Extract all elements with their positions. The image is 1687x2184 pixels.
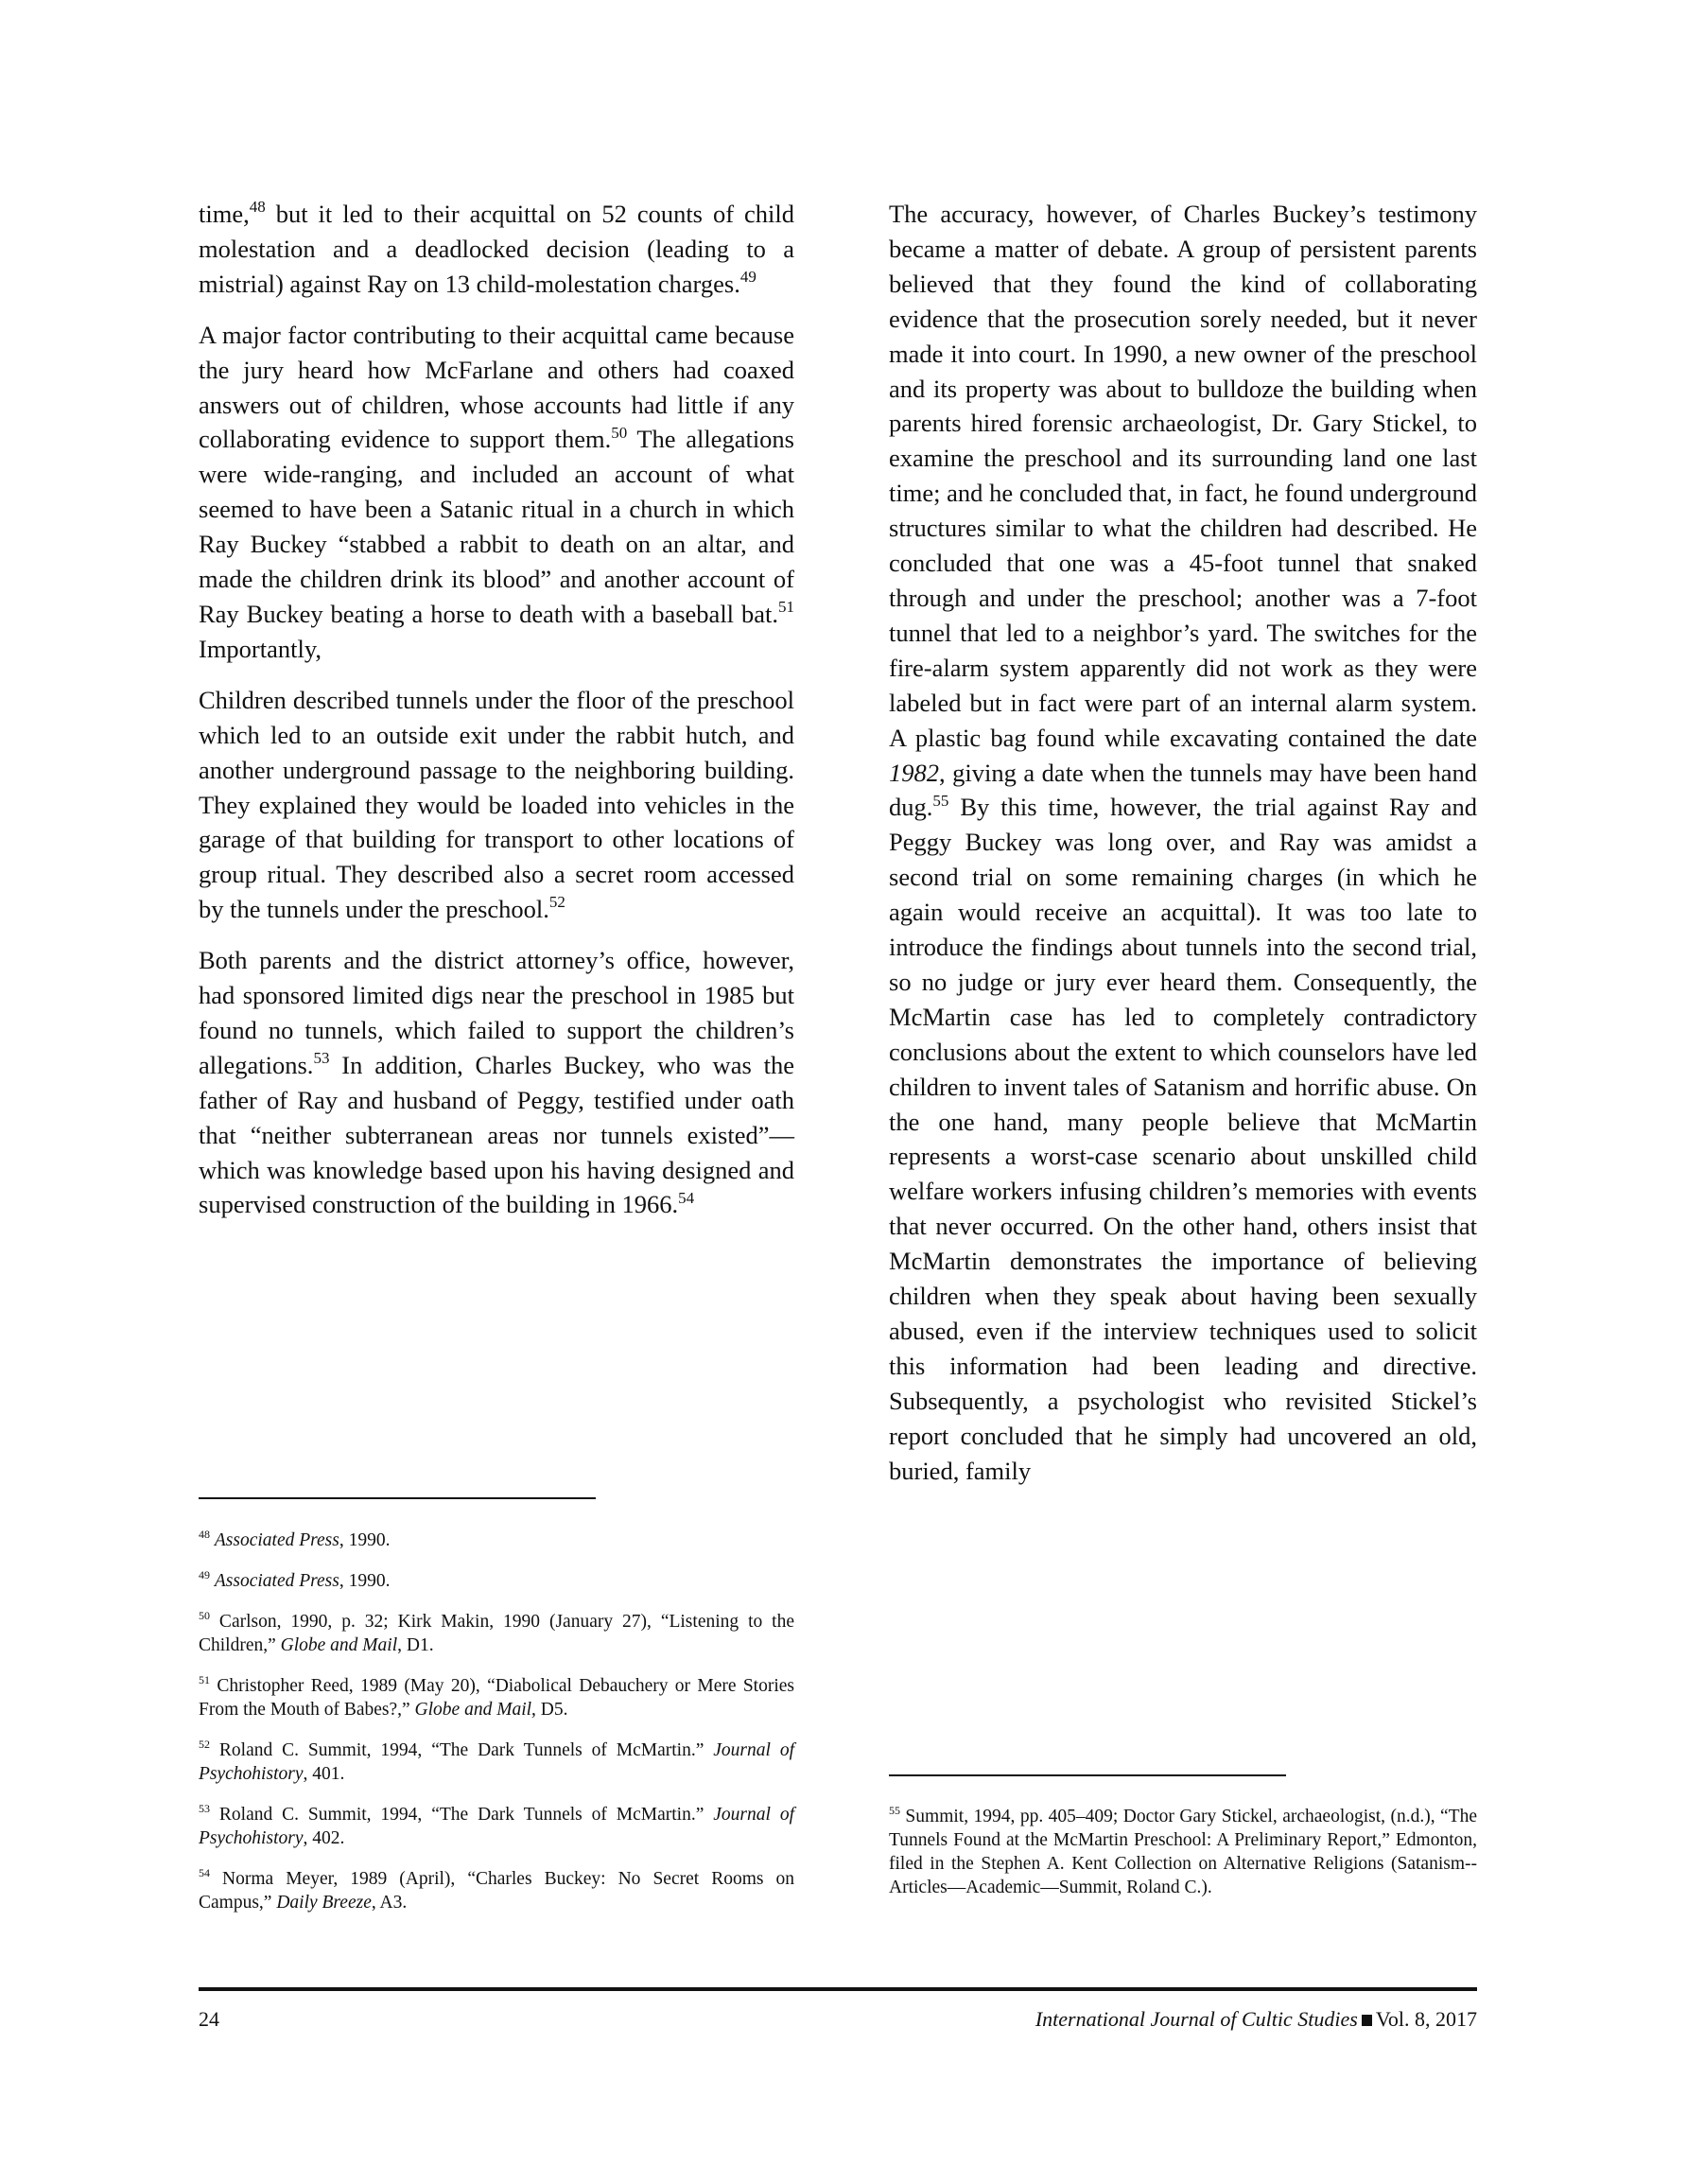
- footnote: 50 Carlson, 1990, p. 32; Kirk Makin, 199…: [199, 1610, 794, 1657]
- italic-text: Daily Breeze: [276, 1893, 372, 1913]
- text-run: , A3.: [372, 1893, 407, 1913]
- paragraph: Children described tunnels under the flo…: [199, 683, 794, 927]
- italic-text: Associated Press: [215, 1571, 339, 1591]
- text-run: Children described tunnels under the flo…: [199, 686, 794, 923]
- text-run: , 402.: [303, 1828, 344, 1848]
- text-run: By this time, however, the trial against…: [889, 793, 1477, 1484]
- text-run: The allegations were wide-ranging, and i…: [199, 425, 794, 628]
- paragraph: time,48 but it led to their acquittal on…: [199, 197, 794, 302]
- journal-name: International Journal of Cultic Studies: [1035, 2007, 1358, 2031]
- paragraph: The accuracy, however, of Charles Buckey…: [889, 197, 1477, 1489]
- text-run: The accuracy, however, of Charles Buckey…: [889, 200, 1477, 752]
- footnote-ref: 53: [199, 1802, 210, 1815]
- footnote-ref: 51: [778, 598, 794, 616]
- text-run: Summit, 1994, pp. 405–409; Doctor Gary S…: [889, 1807, 1477, 1897]
- text-run: Importantly,: [199, 635, 322, 663]
- right-footnotes: 55 Summit, 1994, pp. 405–409; Doctor Gar…: [889, 1805, 1477, 1916]
- footnote: 54 Norma Meyer, 1989 (April), “Charles B…: [199, 1867, 794, 1914]
- text-run: , D5.: [531, 1700, 567, 1720]
- footnote-ref: 52: [549, 893, 565, 911]
- text-run: , 1990.: [339, 1530, 391, 1550]
- footnote: 48 Associated Press, 1990.: [199, 1529, 794, 1552]
- footer-rule: [199, 1987, 1477, 1991]
- right-footnote-rule: [889, 1774, 1286, 1776]
- page-number: 24: [199, 2007, 219, 2032]
- footnote: 53 Roland C. Summit, 1994, “The Dark Tun…: [199, 1803, 794, 1850]
- paragraph: Both parents and the district attorney’s…: [199, 943, 794, 1222]
- paragraph: A major factor contributing to their acq…: [199, 318, 794, 667]
- black-square-icon: [1362, 2015, 1372, 2026]
- left-footnote-rule: [199, 1497, 596, 1499]
- footnote-ref: 49: [740, 268, 757, 286]
- footnote-ref: 55: [889, 1804, 900, 1817]
- journal-volume: Vol. 8, 2017: [1376, 2007, 1477, 2031]
- footnote-ref: 52: [199, 1738, 210, 1751]
- footnote-ref: 49: [199, 1568, 210, 1581]
- footnote-ref: 51: [199, 1673, 210, 1686]
- italic-text: 1982: [889, 759, 939, 787]
- text-run: Roland C. Summit, 1994, “The Dark Tunnel…: [210, 1805, 713, 1825]
- footnote: 52 Roland C. Summit, 1994, “The Dark Tun…: [199, 1738, 794, 1786]
- footnote: 55 Summit, 1994, pp. 405–409; Doctor Gar…: [889, 1805, 1477, 1899]
- footnote-ref: 48: [199, 1528, 210, 1541]
- right-column-body: The accuracy, however, of Charles Buckey…: [889, 197, 1477, 1505]
- footnote: 49 Associated Press, 1990.: [199, 1569, 794, 1593]
- text-run: , D1.: [397, 1635, 433, 1655]
- text-run: but it led to their acquittal on 52 coun…: [199, 200, 794, 298]
- journal-citation: International Journal of Cultic StudiesV…: [1035, 2007, 1477, 2032]
- left-footnotes: 48 Associated Press, 1990.49 Associated …: [199, 1529, 794, 1931]
- text-run: , 401.: [303, 1764, 344, 1784]
- footnote-ref: 54: [199, 1866, 210, 1879]
- footnote-ref: 55: [932, 792, 948, 810]
- footnote-ref: 54: [678, 1189, 694, 1207]
- text-run: time,: [199, 200, 250, 228]
- footnote-ref: 53: [313, 1049, 329, 1067]
- text-run: Roland C. Summit, 1994, “The Dark Tunnel…: [210, 1740, 713, 1760]
- italic-text: Globe and Mail: [281, 1635, 397, 1655]
- italic-text: Associated Press: [215, 1530, 339, 1550]
- left-column-body: time,48 but it led to their acquittal on…: [199, 197, 794, 1238]
- italic-text: Globe and Mail: [415, 1700, 531, 1720]
- footnote-ref: 50: [199, 1609, 210, 1622]
- footnote-ref: 50: [611, 424, 627, 442]
- footnote-ref: 48: [250, 198, 266, 216]
- footnote: 51 Christopher Reed, 1989 (May 20), “Dia…: [199, 1674, 794, 1721]
- text-run: , 1990.: [339, 1571, 391, 1591]
